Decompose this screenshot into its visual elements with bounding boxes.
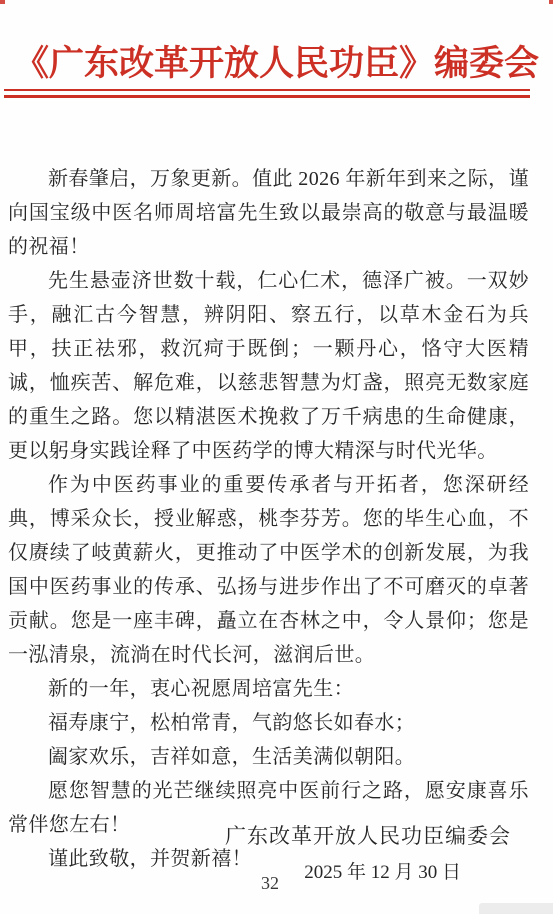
letter-page: 《广东改革开放人民功臣》编委会 新春肇启，万象更新。值此 2026 年新年到来之… [0, 0, 553, 914]
paragraph-tribute: 先生悬壶济世数十载，仁心仁术，德泽广被。一双妙手，融汇古今智慧，辨阴阳、察五行，… [8, 264, 529, 468]
letter-body: 新春肇启，万象更新。值此 2026 年新年到来之际，谨向国宝级中医名师周培富先生… [8, 162, 529, 876]
letter-title: 《广东改革开放人民功臣》编委会 [0, 36, 553, 86]
paragraph-wish-health: 福寿康宁，松柏常青，气韵悠长如春水； [8, 706, 529, 740]
bottom-corner-smudge [479, 903, 553, 914]
paragraph-legacy: 作为中医药事业的重要传承者与开拓者，您深研经典，博采众长，授业解惑，桃李芬芳。您… [8, 468, 529, 672]
top-edge-artifact-left [0, 0, 5, 4]
page-number: 32 [261, 873, 279, 894]
top-edge-artifact-right [549, 0, 553, 4]
paragraph-greeting: 新春肇启，万象更新。值此 2026 年新年到来之际，谨向国宝级中医名师周培富先生… [8, 162, 529, 264]
signature: 广东改革开放人民功臣编委会 [0, 820, 553, 850]
paragraph-wish-intro: 新的一年，衷心祝愿周培富先生： [8, 672, 529, 706]
title-underline-rule [4, 89, 530, 98]
paragraph-wish-family: 阖家欢乐，吉祥如意，生活美满似朝阳。 [8, 740, 529, 774]
